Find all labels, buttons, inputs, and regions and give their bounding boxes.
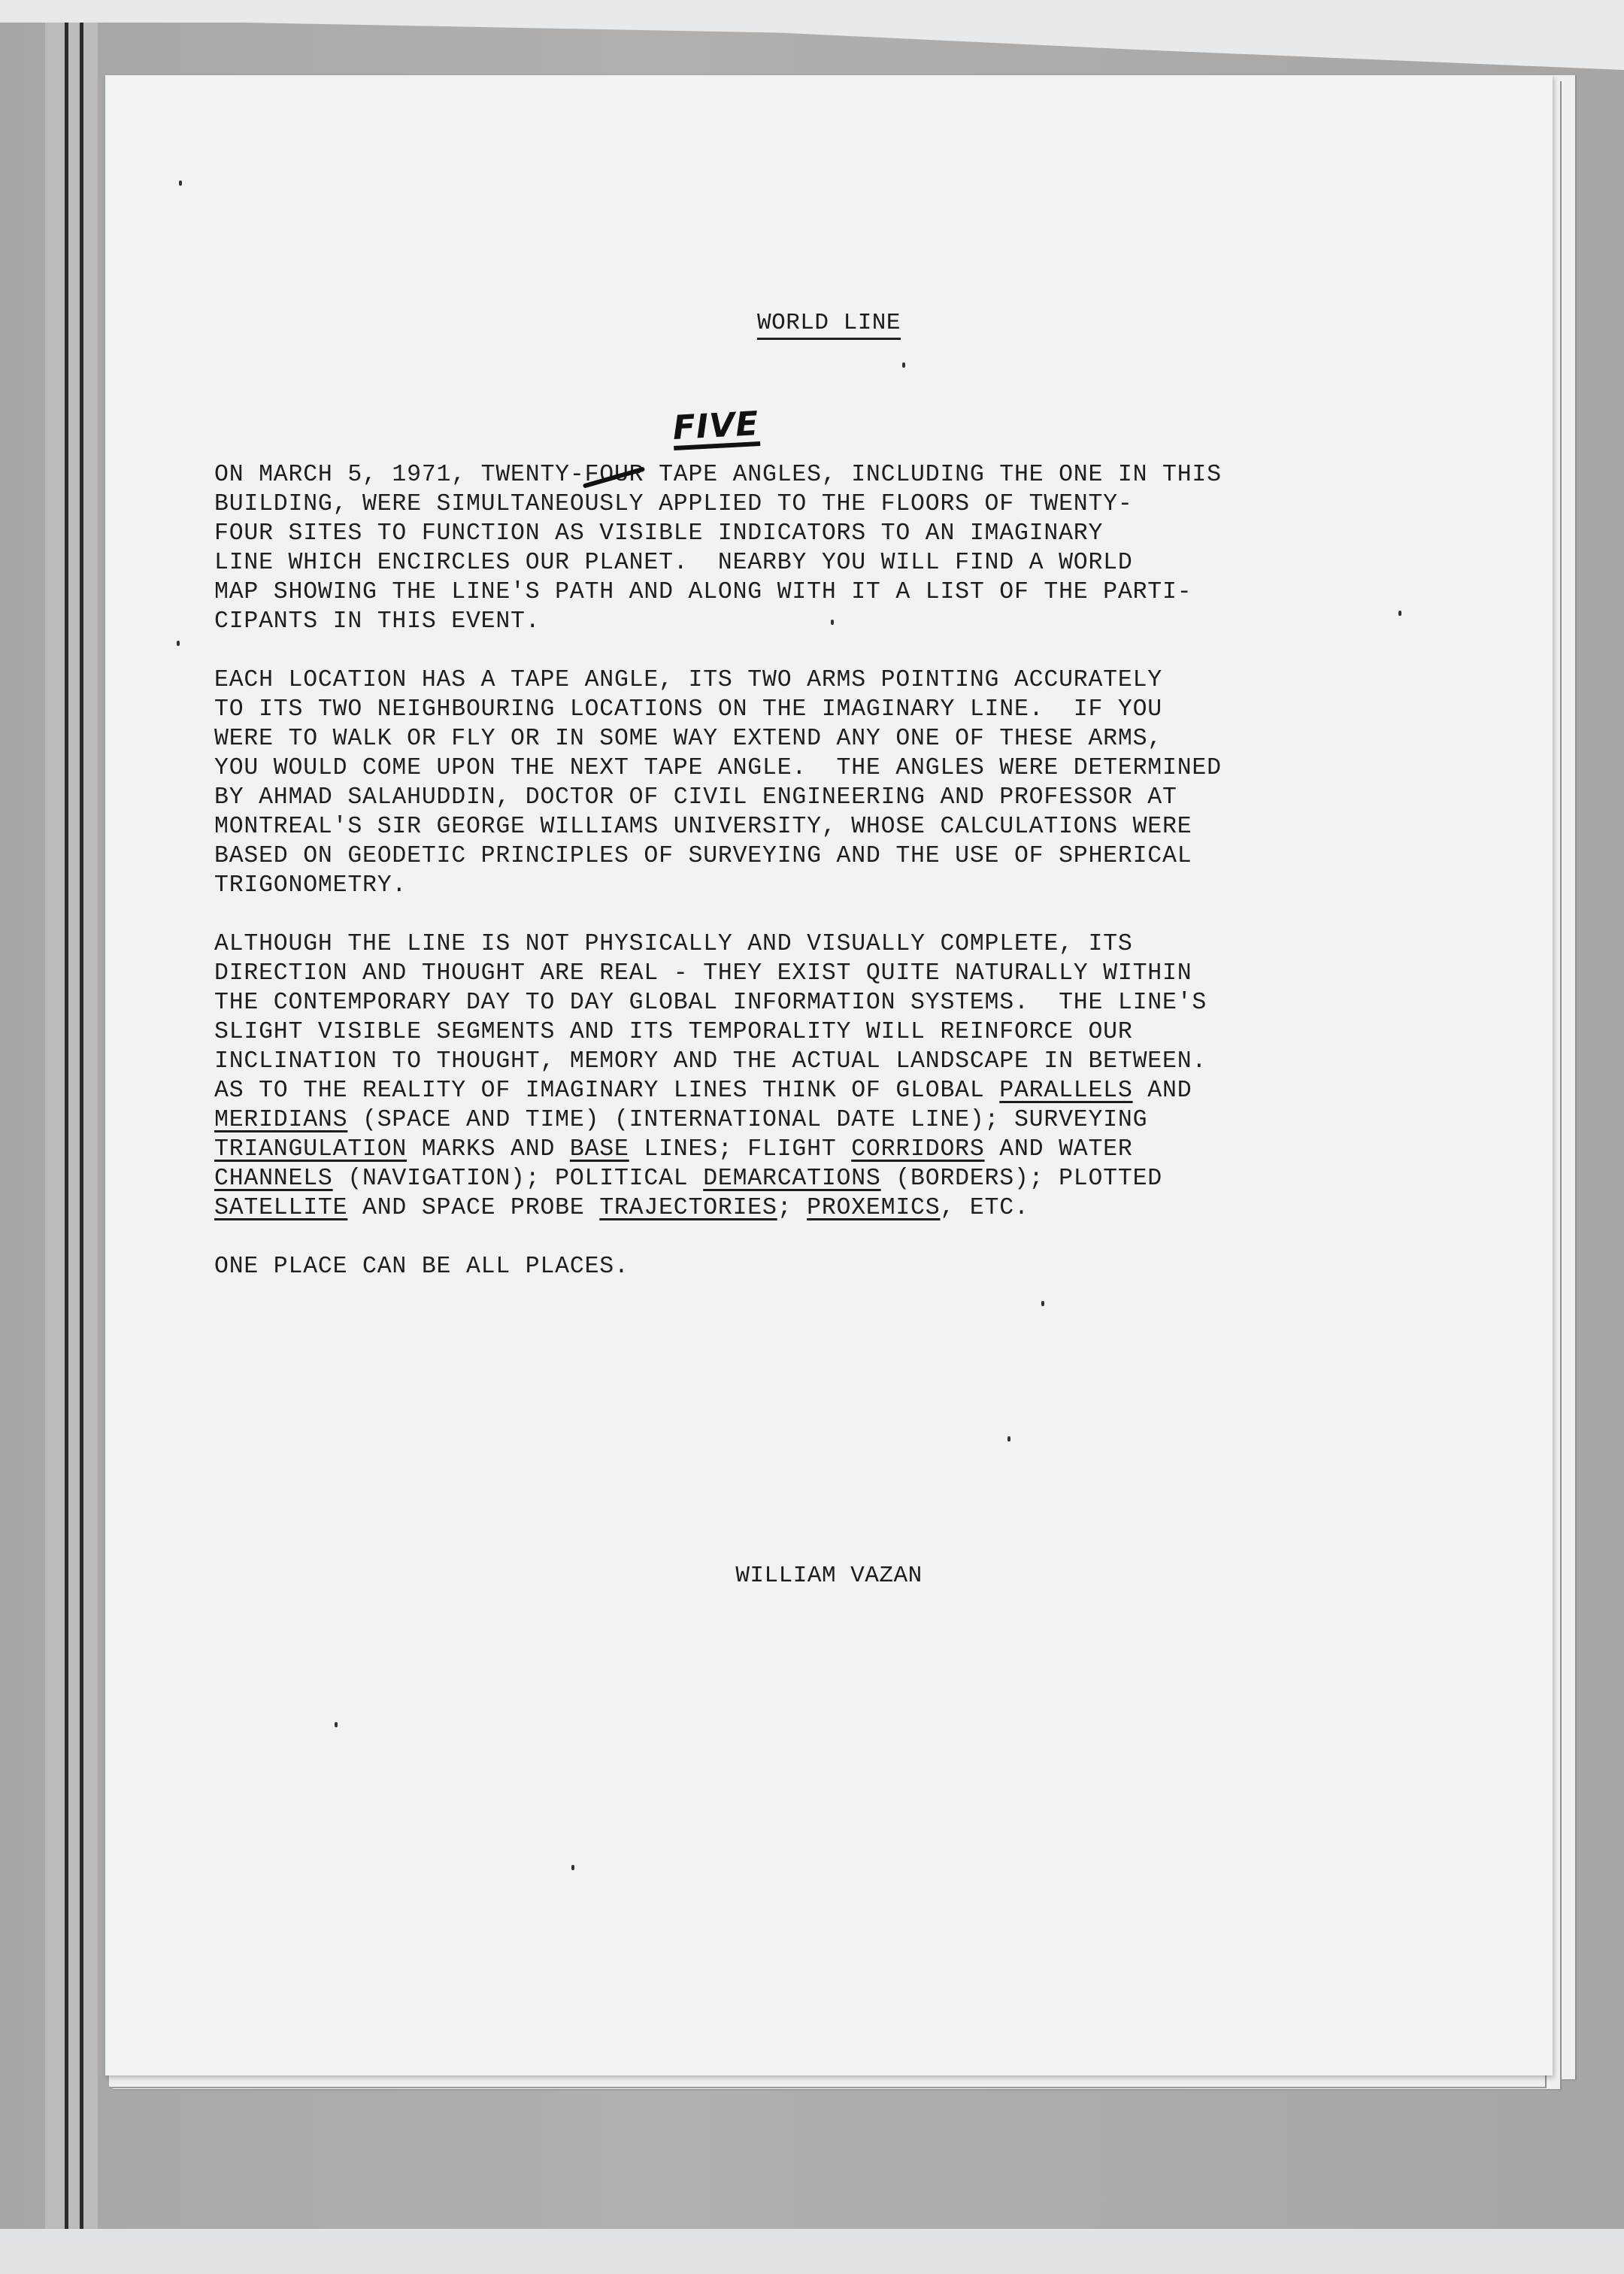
text-run: MONTREAL'S SIR GEORGE WILLIAMS UNIVERSIT… (214, 814, 1192, 840)
text-run: MAP SHOWING THE LINE'S PATH AND ALONG WI… (214, 579, 1192, 605)
text-run: TO ITS TWO NEIGHBOURING LOCATIONS ON THE… (214, 696, 1162, 723)
text-run: LINE WHICH ENCIRCLES OUR PLANET. NEARBY … (214, 550, 1133, 576)
underlined-term: MERIDIANS (214, 1107, 347, 1133)
text-line: SLIGHT VISIBLE SEGMENTS AND ITS TEMPORAL… (214, 1017, 1538, 1047)
folder-spine (45, 23, 98, 2248)
body-text: ON MARCH 5, 1971, TWENTY-FOUR TAPE ANGLE… (214, 460, 1538, 1311)
underlined-term: BASE (570, 1136, 629, 1163)
text-line: INCLINATION TO THOUGHT, MEMORY AND THE A… (214, 1047, 1538, 1076)
text-line: MONTREAL'S SIR GEORGE WILLIAMS UNIVERSIT… (214, 812, 1538, 841)
underlined-term: SATELLITE (214, 1195, 347, 1221)
paper-speck (1007, 1436, 1010, 1442)
text-run: SLIGHT VISIBLE SEGMENTS AND ITS TEMPORAL… (214, 1019, 1133, 1045)
text-run: DIRECTION AND THOUGHT ARE REAL - THEY EX… (214, 960, 1192, 987)
text-line: THE CONTEMPORARY DAY TO DAY GLOBAL INFOR… (214, 988, 1538, 1017)
text-run: TAPE ANGLES, INCLUDING THE ONE IN THIS (644, 462, 1221, 488)
text-line: DIRECTION AND THOUGHT ARE REAL - THEY EX… (214, 959, 1538, 988)
text-run: ; (777, 1195, 807, 1221)
text-run: WERE TO WALK OR FLY OR IN SOME WAY EXTEN… (214, 726, 1162, 752)
text-run: (NAVIGATION); POLITICAL (333, 1166, 704, 1192)
text-run: YOU WOULD COME UPON THE NEXT TAPE ANGLE.… (214, 755, 1222, 781)
underlined-term: DEMARCATIONS (703, 1166, 880, 1192)
text-line: ON MARCH 5, 1971, TWENTY-FOUR TAPE ANGLE… (214, 460, 1538, 490)
text-run: AND WATER (985, 1136, 1133, 1163)
underlined-term: PROXEMICS (807, 1195, 940, 1221)
paper-speck (1398, 611, 1401, 616)
underlined-term: CHANNELS (214, 1166, 333, 1192)
text-run: MARKS AND (407, 1136, 570, 1163)
text-run: BASED ON GEODETIC PRINCIPLES OF SURVEYIN… (214, 843, 1192, 869)
text-run: ONE PLACE CAN BE ALL PLACES. (214, 1254, 629, 1280)
text-line: CHANNELS (NAVIGATION); POLITICAL DEMARCA… (214, 1164, 1538, 1193)
text-run: ALTHOUGH THE LINE IS NOT PHYSICALLY AND … (214, 931, 1133, 957)
paper-speck (177, 641, 180, 646)
text-run: (SPACE AND TIME) (INTERNATIONAL DATE LIN… (347, 1107, 1147, 1133)
underlined-term: TRAJECTORIES (599, 1195, 777, 1221)
text-line: FOUR SITES TO FUNCTION AS VISIBLE INDICA… (214, 519, 1538, 548)
paper-speck (179, 180, 182, 186)
paper-speck (902, 362, 905, 368)
text-line: AS TO THE REALITY OF IMAGINARY LINES THI… (214, 1076, 1538, 1105)
paragraph: ON MARCH 5, 1971, TWENTY-FOUR TAPE ANGLE… (214, 460, 1538, 636)
text-line: CIPANTS IN THIS EVENT. (214, 607, 1538, 636)
underlined-term: TRIANGULATION (214, 1136, 407, 1163)
text-run: AND (1133, 1078, 1192, 1104)
paper-speck (571, 1865, 574, 1870)
text-line: WERE TO WALK OR FLY OR IN SOME WAY EXTEN… (214, 724, 1538, 753)
text-run: AS TO THE REALITY OF IMAGINARY LINES THI… (214, 1078, 999, 1104)
underlined-term: PARALLELS (999, 1078, 1132, 1104)
text-run: , ETC. (940, 1195, 1029, 1221)
underlined-term: CORRIDORS (851, 1136, 984, 1163)
paragraph: ALTHOUGH THE LINE IS NOT PHYSICALLY AND … (214, 929, 1538, 1223)
text-line: BASED ON GEODETIC PRINCIPLES OF SURVEYIN… (214, 841, 1538, 871)
background-surface (0, 2229, 1624, 2274)
text-line: EACH LOCATION HAS A TAPE ANGLE, ITS TWO … (214, 666, 1538, 695)
page-title-text: WORLD LINE (757, 310, 901, 340)
paper-speck (335, 1722, 338, 1727)
paper-speck (1041, 1301, 1044, 1306)
text-run: EACH LOCATION HAS A TAPE ANGLE, ITS TWO … (214, 667, 1162, 693)
handwritten-correction: FIVE (672, 407, 760, 450)
text-line: MERIDIANS (SPACE AND TIME) (INTERNATIONA… (214, 1105, 1538, 1135)
page-title: WORLD LINE (105, 310, 1553, 336)
text-run: THE CONTEMPORARY DAY TO DAY GLOBAL INFOR… (214, 990, 1207, 1016)
text-run: INCLINATION TO THOUGHT, MEMORY AND THE A… (214, 1048, 1207, 1075)
text-line: ONE PLACE CAN BE ALL PLACES. (214, 1252, 1538, 1281)
paragraph: EACH LOCATION HAS A TAPE ANGLE, ITS TWO … (214, 666, 1538, 900)
text-run: FOUR SITES TO FUNCTION AS VISIBLE INDICA… (214, 520, 1103, 547)
text-line: TRIANGULATION MARKS AND BASE LINES; FLIG… (214, 1135, 1538, 1164)
paper-speck (831, 620, 834, 625)
text-line: MAP SHOWING THE LINE'S PATH AND ALONG WI… (214, 578, 1538, 607)
folder-spine-crease (80, 23, 83, 2248)
text-run: LINES; FLIGHT (629, 1136, 852, 1163)
text-line: SATELLITE AND SPACE PROBE TRAJECTORIES; … (214, 1193, 1538, 1223)
author-signature: WILLIAM VAZAN (105, 1563, 1553, 1589)
text-line: BUILDING, WERE SIMULTANEOUSLY APPLIED TO… (214, 490, 1538, 519)
text-line: ALTHOUGH THE LINE IS NOT PHYSICALLY AND … (214, 929, 1538, 959)
text-line: TO ITS TWO NEIGHBOURING LOCATIONS ON THE… (214, 695, 1538, 724)
text-run: CIPANTS IN THIS EVENT. (214, 608, 540, 635)
typewritten-page: WORLD LINE FIVE ON MARCH 5, 1971, TWENTY… (105, 75, 1553, 2075)
paragraph: ONE PLACE CAN BE ALL PLACES. (214, 1252, 1538, 1281)
text-run: BUILDING, WERE SIMULTANEOUSLY APPLIED TO… (214, 491, 1133, 517)
struck-word: FOUR (585, 462, 644, 488)
text-run: (BORDERS); PLOTTED (881, 1166, 1162, 1192)
text-run: AND SPACE PROBE (347, 1195, 599, 1221)
text-run: BY AHMAD SALAHUDDIN, DOCTOR OF CIVIL ENG… (214, 784, 1177, 811)
text-line: YOU WOULD COME UPON THE NEXT TAPE ANGLE.… (214, 753, 1538, 783)
text-run: TRIGONOMETRY. (214, 872, 407, 899)
text-line: BY AHMAD SALAHUDDIN, DOCTOR OF CIVIL ENG… (214, 783, 1538, 812)
text-run: ON MARCH 5, 1971, TWENTY- (214, 462, 585, 488)
text-line: TRIGONOMETRY. (214, 871, 1538, 900)
folder-spine-crease (65, 23, 68, 2248)
text-line: LINE WHICH ENCIRCLES OUR PLANET. NEARBY … (214, 548, 1538, 578)
